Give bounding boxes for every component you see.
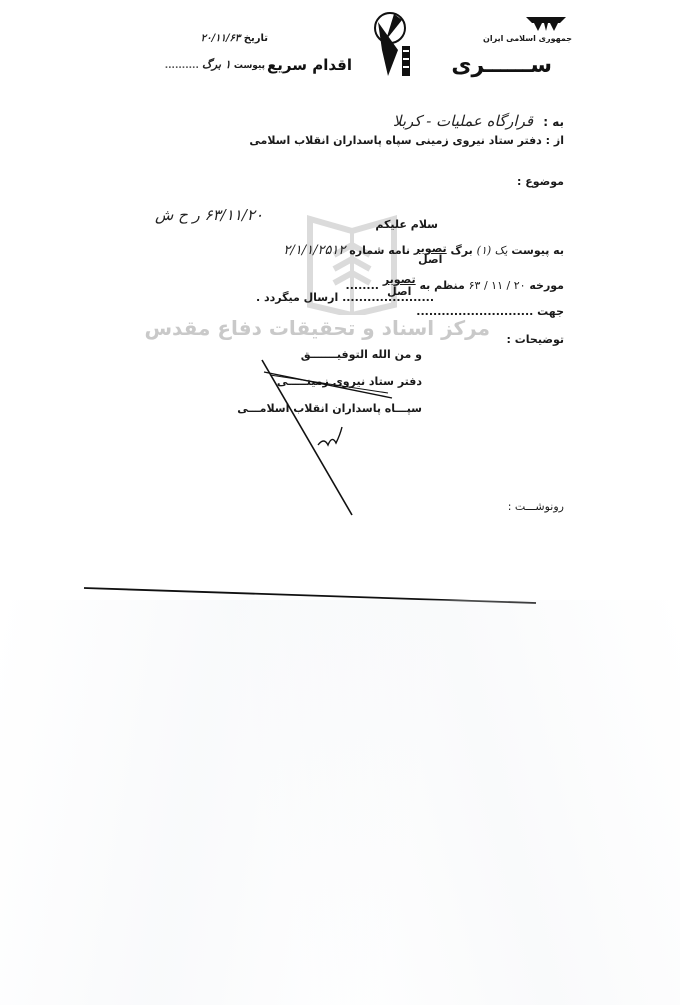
urgency-label: اقدام سریع — [267, 56, 352, 74]
body-line-1: به پیوست یک (۱) برگ تصویر اصل نامه شماره… — [283, 243, 564, 265]
subject-line: موضوع : — [517, 175, 564, 188]
letter-number: ۲/۱/۱/۲۵۱۲ — [283, 243, 345, 258]
scan-bleed-through — [0, 600, 680, 1005]
to-line: به : قرارگاه عملیات - کربلا — [393, 112, 564, 130]
attachment-field: پیوست ۱ برگ .......... — [165, 58, 265, 71]
attachment-label: پیوست — [234, 61, 265, 71]
archive-watermark-text: مرکز اسناد و تحقیقات دفاع مقدس — [144, 316, 490, 340]
from-line: از : دفتر ستاد نیروی زمینی سپاه پاسداران… — [249, 134, 564, 147]
copy-to-line: رونوشـــت : — [508, 500, 564, 513]
irgc-logo-icon — [368, 10, 412, 78]
body-line-3: ...................... ارسال میگردد . — [256, 291, 434, 304]
handwritten-margin-note: ۶۳/۱۱/۲۰ ر ح ش — [155, 206, 263, 224]
remarks-line: توضیحات : — [507, 333, 565, 346]
subject-label: موضوع : — [517, 175, 564, 188]
closing-line-3: سپـــاه پاسداران انقلاب اسلامـــی — [237, 402, 422, 415]
tulip-emblem-icon — [524, 15, 568, 33]
to-label: به : — [543, 115, 564, 129]
date-field: تاریخ ۲۰/۱۱/۶۳ — [201, 33, 268, 44]
from-label: از : — [546, 134, 564, 147]
from-value: دفتر ستاد نیروی زمینی سپاه پاسداران انقل… — [249, 134, 541, 147]
closing-line-2: دفتر ستاد نیروی زمینـــــی — [277, 375, 422, 388]
signature: امضا — [318, 430, 358, 450]
republic-caption: جمهوری اسلامی ایران — [483, 34, 572, 43]
irgc-emblem — [368, 10, 412, 78]
closing-line-1: و من الله التوفیـــــــق — [301, 348, 422, 361]
classification-label: ســــــری — [451, 53, 552, 78]
attachment-value: ۱ برگ — [202, 58, 231, 71]
copy-type-selector-1: تصویر اصل — [414, 243, 447, 265]
divider-line — [0, 580, 680, 610]
date-value: ۲۰/۱۱/۶۳ — [201, 33, 241, 44]
date-label: تاریخ — [244, 33, 268, 44]
republic-emblem — [524, 15, 568, 33]
greeting: سلام علیکم — [375, 218, 438, 231]
sheet-count: یک (۱) — [477, 244, 508, 257]
to-value: قرارگاه عملیات - کربلا — [393, 112, 533, 130]
letter-date: ۲۰ / ۱۱ / ۶۳ — [469, 279, 526, 292]
